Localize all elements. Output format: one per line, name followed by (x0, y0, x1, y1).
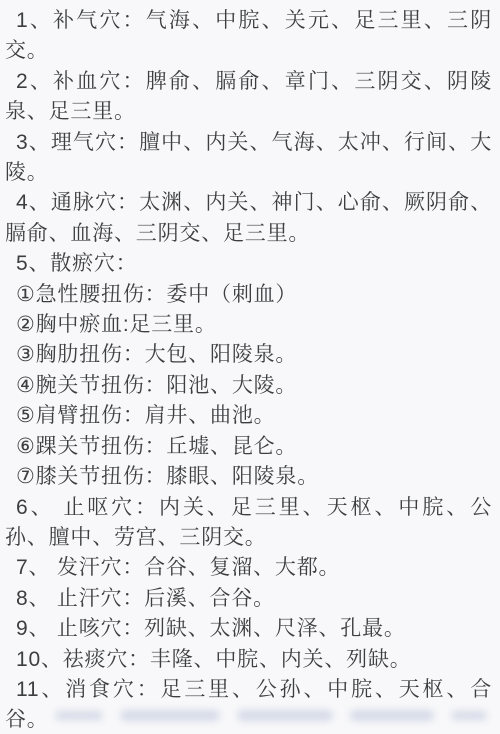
list-subitem: ⑤肩臂扭伤：肩井、曲池。 (5, 401, 492, 431)
list-subitem: ⑦膝关节扭伤：膝眼、阳陵泉。 (5, 462, 492, 492)
list-subitem: ③胸肋扭伤：大包、阳陵泉。 (5, 340, 492, 370)
list-subitem: ①急性腰扭伤：委中（刺血） (5, 280, 492, 310)
list-item: 2、补血穴：脾俞、膈俞、章门、三阴交、阴陵泉、足三里。 (5, 67, 492, 128)
list-item: 4、通脉穴：太渊、内关、神门、心俞、厥阴俞、膈俞、血海、三阴交、足三里。 (5, 188, 492, 249)
list-item: 7、 发汗穴：合谷、复溜、大都。 (5, 553, 492, 583)
list-subitem: ②胸中瘀血:足三里。 (5, 310, 492, 340)
list-item: 11、消食穴：足三里、公孙、中脘、天枢、合谷。 (5, 675, 492, 734)
list-item: 5、散瘀穴： (5, 249, 492, 279)
list-subitem: ④腕关节扭伤：阳池、大陵。 (5, 371, 492, 401)
list-subitem: ⑥踝关节扭伤：丘墟、昆仑。 (5, 432, 492, 462)
list-item: 3、理气穴：膻中、内关、气海、太冲、行间、大陵。 (5, 128, 492, 189)
list-item: 6、 止呕穴：内关、足三里、天枢、中脘、公孙、膻中、劳宫、三阴交。 (5, 493, 492, 554)
list-item: 8、 止汗穴：后溪、合谷。 (5, 584, 492, 614)
list-item: 9、 止咳穴：列缺、太渊、尺泽、孔最。 (5, 614, 492, 644)
list-item: 10、祛痰穴：丰隆、中脘、内关、列缺。 (5, 645, 492, 675)
list-item: 1、补气穴：气海、中脘、关元、足三里、三阴交。 (5, 6, 492, 67)
article-body: 1、补气穴：气海、中脘、关元、足三里、三阴交。 2、补血穴：脾俞、膈俞、章门、三… (0, 0, 500, 734)
